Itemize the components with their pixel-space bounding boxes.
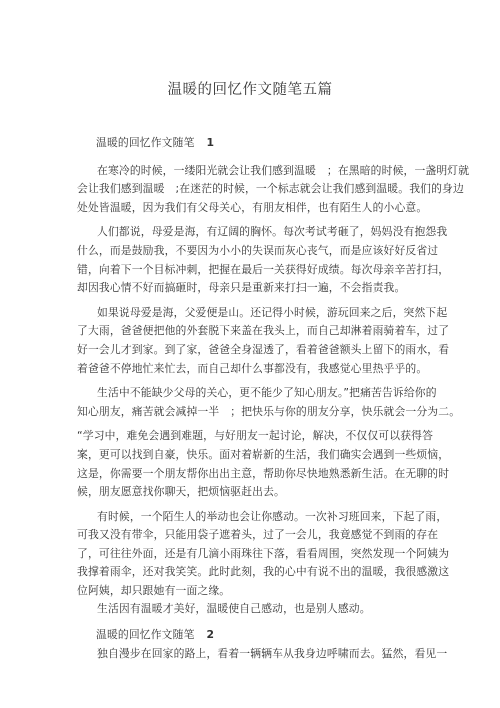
paragraph: 独自漫步在回家的路上，看着一辆辆车从我身边呼啸而去。猛然，看见一: [77, 645, 419, 664]
text-line: 却因我心情不好而搞砸时，母亲只是重新来打扫一遍，不会指责我。: [77, 279, 419, 298]
text-line: 我撑着雨伞，还对我笑笑。此时此刻，我的心中有说不出的温暖，我很感激这: [77, 563, 419, 582]
paragraph: 生活中不能缺少父母的关心，更不能少了知心朋友。”把痛苦告诉给你的 知心朋友，痛苦…: [77, 384, 419, 502]
document-title: 温暖的回忆作文随笔五篇: [0, 78, 500, 99]
text-line: 生活中不能缺少父母的关心，更不能少了知心朋友。”把痛苦告诉给你的: [77, 384, 419, 403]
text-line: 如果说母爱是海，父爱便是山。还记得小时候，游玩回来之后，突然下起: [77, 304, 419, 323]
text-line: 着爸爸不停地忙来忙去，而自己却什么事都没有，我感觉心里热乎乎的。: [77, 360, 419, 379]
section-heading-1: 温暖的回忆作文随笔1: [77, 134, 419, 153]
text-line: 有时候，一个陌生人的举动也会让你感动。一次补习班回来，下起了雨，: [77, 508, 419, 527]
paragraph: 在寒冷的时候，一缕阳光就会让我们感到温暖 ；在黑暗的时候，一盏明灯就 会让我们感…: [77, 162, 419, 218]
text-line: 了，可往往外面，还是有几滴小雨珠往下落，看看周围，突然发现一个阿姨为: [77, 545, 419, 564]
paragraph: 有时候，一个陌生人的举动也会让你感动。一次补习班回来，下起了雨， 可我又没有带伞…: [77, 508, 419, 601]
paragraph: 人们都说，母爱是海，有辽阔的胸怀。每次考试考砸了，妈妈没有抱怨我 什么，而是鼓励…: [77, 223, 419, 297]
text-line: 位阿姨，却只跟她有一面之缘。: [77, 582, 419, 601]
text-line: 这是，你需要一个朋友帮你出出主意，帮助你尽快地熟悉新生活。在无聊的时: [77, 465, 419, 484]
text-line: 候，朋友愿意找你聊天，把烦恼驱赶出去。: [77, 483, 419, 502]
section-heading-2: 温暖的回忆作文随笔2: [77, 626, 419, 645]
text-line: “学习中，难免会遇到难题，与好朋友一起讨论，解决，不仅仅可以获得答: [77, 427, 419, 446]
paragraph: 生活因有温暖才美好，温暖使自己感动，也是别人感动。: [77, 600, 419, 619]
text-line: 了大雨，爸爸便把他的外套脱下来盖在我头上，而自己却淋着雨骑着车，过了: [77, 322, 419, 341]
document-body: 温暖的回忆作文随笔1 在寒冷的时候，一缕阳光就会让我们感到温暖 ；在黑暗的时候，…: [77, 134, 419, 663]
text-line: 会让我们感到温暖 ;在迷茫的时候，一个标志就会让我们感到温暖。我们的身边: [77, 180, 419, 199]
text-line: 处处皆温暖，因为我们有父母关心，有朋友相伴，也有陌生人的小心意。: [77, 199, 419, 218]
text-line: 在寒冷的时候，一缕阳光就会让我们感到温暖 ；在黑暗的时候，一盏明灯就: [77, 162, 419, 181]
text-line: 案，更可以找到自豪，快乐。面对着崭新的生活，我们确实会遇到一些烦恼，: [77, 446, 419, 465]
text-line: 错，向着下一个目标冲刺，把握在最后一关获得好成绩。每次母亲辛苦打扫，: [77, 261, 419, 280]
section-heading-text: 温暖的回忆作文随笔: [96, 628, 195, 641]
text-line: 什么，而是鼓励我，不要因为小小的失误而灰心丧气，而是应该好好反省过: [77, 242, 419, 261]
section-heading-text: 温暖的回忆作文随笔: [96, 136, 195, 149]
text-line: 可我又没有带伞，只能用袋子遮着头，过了一会儿，我竟感觉不到雨的存在: [77, 526, 419, 545]
text-line: 生活因有温暖才美好，温暖使自己感动，也是别人感动。: [77, 600, 419, 619]
text-line: 知心朋友，痛苦就会减掉一半 ；把快乐与你的朋友分享，快乐就会一分为二。: [77, 403, 419, 422]
section-number: 2: [207, 628, 215, 641]
paragraph: 如果说母爱是海，父爱便是山。还记得小时候，游玩回来之后，突然下起 了大雨，爸爸便…: [77, 304, 419, 378]
section-number: 1: [207, 136, 215, 149]
text-line: 好一会儿才到家。到了家，爸爸全身湿透了，看着爸爸额头上留下的雨水，看: [77, 341, 419, 360]
text-line: 独自漫步在回家的路上，看着一辆辆车从我身边呼啸而去。猛然，看见一: [77, 645, 419, 664]
text-line: 人们都说，母爱是海，有辽阔的胸怀。每次考试考砸了，妈妈没有抱怨我: [77, 223, 419, 242]
